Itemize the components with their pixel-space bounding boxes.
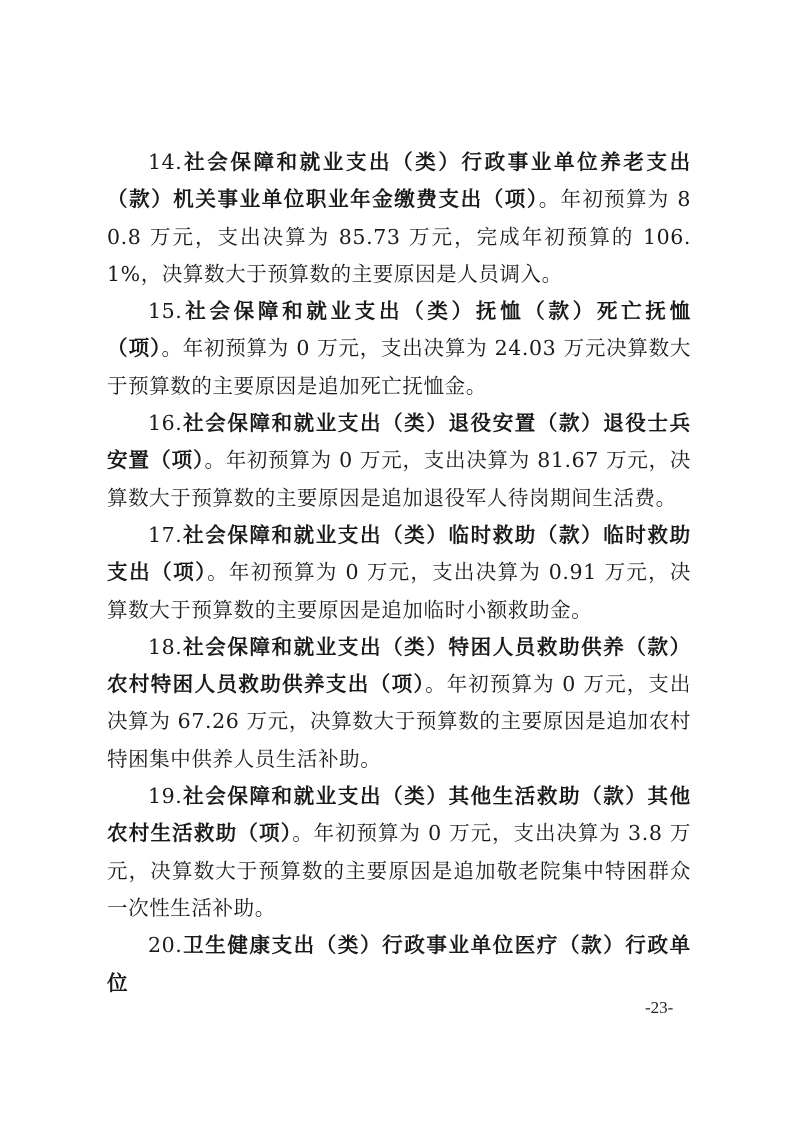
paragraph-item-19: 19.社会保障和就业支出（类）其他生活救助（款）其他农村生活救助（项）。年初预算… (107, 778, 691, 927)
item-number: 19. (148, 784, 182, 808)
item-body: 。年初预算为 0 万元，支出决算为 24.03 万元决算数大于预算数的主要原因是… (107, 336, 691, 397)
document-page: 14.社会保障和就业支出（类）行政事业单位养老支出（款）机关事业单位职业年金缴费… (107, 144, 691, 1002)
paragraph-item-20: 20.卫生健康支出（类）行政事业单位医疗（款）行政单位 (107, 927, 691, 1002)
item-number: 17. (148, 523, 182, 547)
paragraph-item-14: 14.社会保障和就业支出（类）行政事业单位养老支出（款）机关事业单位职业年金缴费… (107, 144, 691, 293)
paragraph-item-16: 16.社会保障和就业支出（类）退役安置（款）退役士兵安置（项）。年初预算为 0 … (107, 405, 691, 517)
page-number: -23- (645, 998, 673, 1018)
item-number: 20. (148, 933, 182, 957)
item-number: 16. (148, 411, 182, 435)
item-number: 18. (148, 635, 182, 659)
paragraph-item-15: 15.社会保障和就业支出（类）抚恤（款）死亡抚恤（项）。年初预算为 0 万元，支… (107, 293, 691, 405)
item-number: 14. (148, 150, 182, 174)
item-heading: 卫生健康支出（类）行政事业单位医疗（款）行政单位 (107, 933, 691, 994)
paragraph-item-18: 18.社会保障和就业支出（类）特困人员救助供养（款）农村特困人员救助供养支出（项… (107, 629, 691, 778)
item-number: 15. (148, 299, 182, 323)
paragraph-item-17: 17.社会保障和就业支出（类）临时救助（款）临时救助支出（项）。年初预算为 0 … (107, 517, 691, 629)
